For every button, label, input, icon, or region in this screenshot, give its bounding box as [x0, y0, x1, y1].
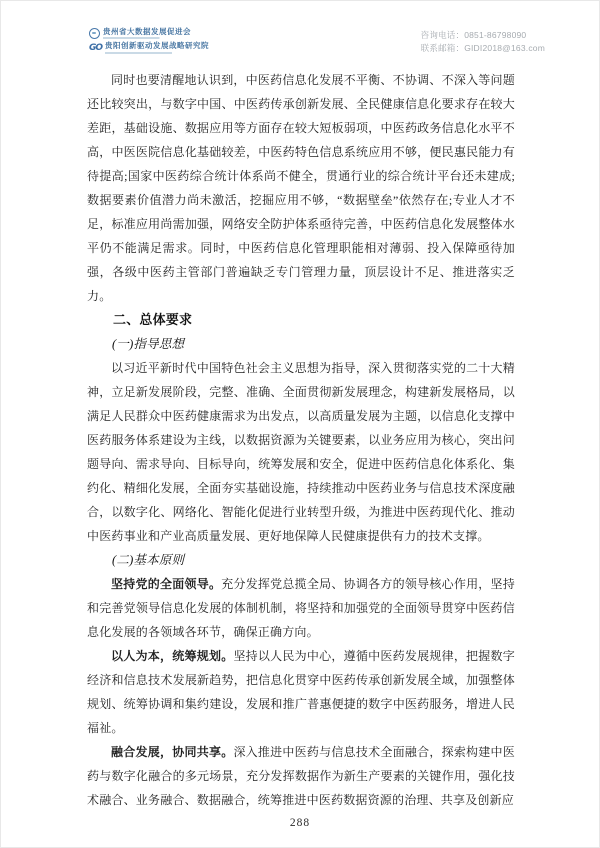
document-page: 贵州省大数据发展促进会 GO 贵阳创新驱动发展战略研究院 咨询电话：0851-8… [0, 0, 600, 848]
association-subtitle-line [103, 37, 184, 39]
heading-overall-requirements: 二、总体要求 [87, 308, 515, 332]
institute-logo-text: 贵阳创新驱动发展战略研究院 [105, 42, 209, 53]
contact-email-line: 联系邮箱：GIDI2018@163.com [421, 42, 545, 55]
association-logo-text: 贵州省大数据发展促进会 [103, 28, 191, 39]
heading-guiding-ideology: (一)指导思想 [87, 332, 515, 356]
paragraph-people-oriented: 以人为本，统筹规划。坚持以人民为中心，遵循中医药发展规律，把握数字经济和信息技术… [87, 644, 515, 740]
document-body: 同时也要清醒地认识到，中医药信息化发展不平衡、不协调、不深入等问题还比较突出，与… [87, 68, 515, 812]
page-header: 贵州省大数据发展促进会 GO 贵阳创新驱动发展战略研究院 咨询电话：0851-8… [89, 28, 545, 55]
email-address: GIDI2018@163.com [464, 43, 545, 53]
paragraph-current-problems: 同时也要清醒地认识到，中医药信息化发展不平衡、不协调、不深入等问题还比较突出，与… [87, 68, 515, 308]
phone-label: 咨询电话： [421, 30, 465, 40]
email-label: 联系邮箱： [421, 43, 465, 53]
page-footer: 288 [1, 817, 599, 829]
globe-ring-logo-icon [89, 28, 100, 39]
paragraph-integrated-development-lead: 融合发展，协同共享。 [111, 745, 233, 759]
institute-name: 贵阳创新驱动发展战略研究院 [105, 42, 209, 50]
contact-phone-line: 咨询电话：0851-86798090 [421, 29, 545, 42]
institute-logo: GO 贵阳创新驱动发展战略研究院 [89, 42, 209, 53]
contact-block: 咨询电话：0851-86798090 联系邮箱：GIDI2018@163.com [421, 28, 545, 55]
institute-subtitle-line [105, 52, 201, 54]
logo-block: 贵州省大数据发展促进会 GO 贵阳创新驱动发展战略研究院 [89, 28, 209, 54]
paragraph-guiding-ideology: 以习近平新时代中国特色社会主义思想为指导，深入贯彻落实党的二十大精神，立足新发展… [87, 356, 515, 548]
paragraph-party-leadership: 坚持党的全面领导。充分发挥党总揽全局、协调各方的领导核心作用，坚持和完善党领导信… [87, 572, 515, 644]
phone-number: 0851-86798090 [464, 30, 526, 40]
page-number: 288 [1, 817, 599, 829]
paragraph-people-oriented-lead: 以人为本，统筹规划。 [111, 649, 233, 663]
paragraph-integrated-development: 融合发展，协同共享。深入推进中医药与信息技术全面融合，探索构建中医药与数字化融合… [87, 740, 515, 812]
paragraph-party-leadership-lead: 坚持党的全面领导。 [111, 577, 221, 591]
association-name: 贵州省大数据发展促进会 [103, 28, 191, 36]
heading-basic-principles: (二)基本原则 [87, 548, 515, 572]
go-monogram-logo-icon: GO [89, 43, 102, 53]
association-logo: 贵州省大数据发展促进会 [89, 28, 209, 39]
